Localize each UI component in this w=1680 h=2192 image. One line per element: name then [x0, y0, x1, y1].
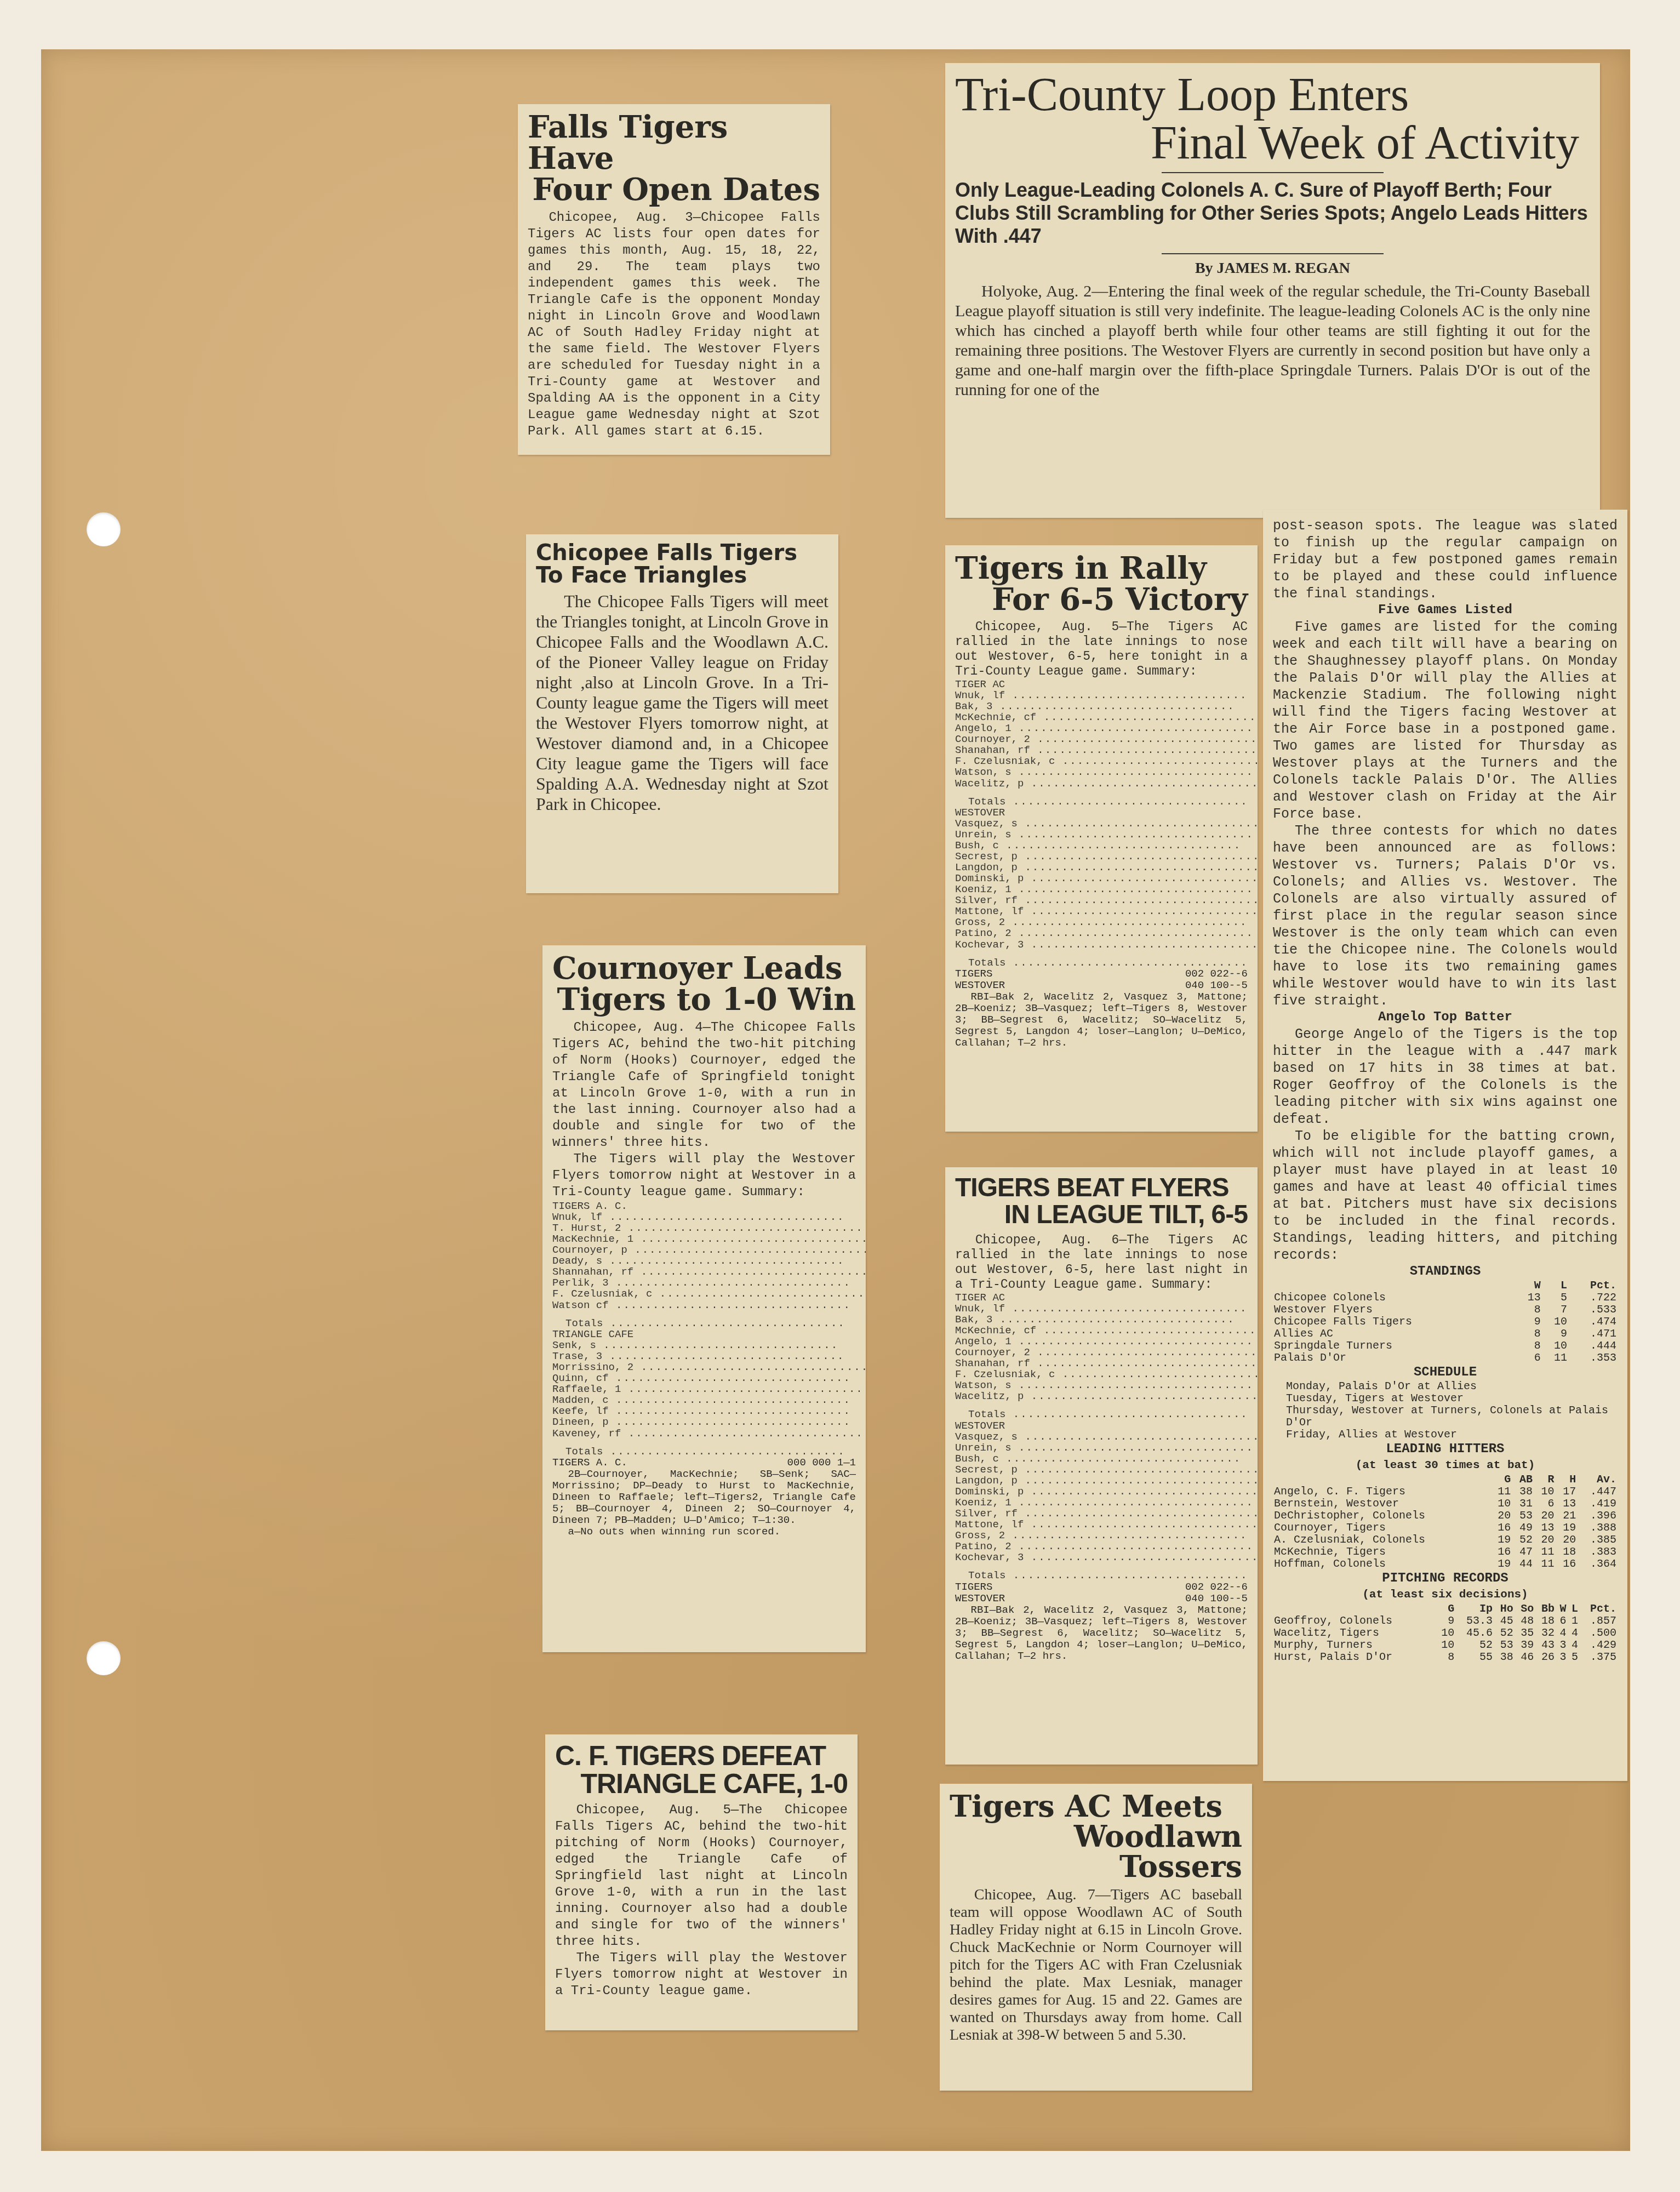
player-row: Wacelitz, Tigers1045.652353244.500	[1273, 1628, 1618, 1640]
player-name: Wnuk, lf	[955, 690, 1258, 701]
article-body: The Chicopee Falls Tigers will meet the …	[536, 591, 828, 814]
pct: .722	[1568, 1292, 1618, 1304]
team-name: TIGERS A. C.	[552, 1201, 866, 1212]
hitters-title: LEADING HITTERS	[1273, 1441, 1618, 1458]
inning-score: 002 022--6	[1185, 968, 1248, 980]
headline: Tigers AC Meets Woodlawn Tossers	[950, 1791, 1242, 1882]
player-row: Angelo, 1201100	[955, 723, 1258, 734]
player-name: Morrissino, 2	[552, 1362, 866, 1373]
stat: 20	[1490, 1510, 1512, 1522]
totals-row: Totals24551883	[955, 950, 1258, 968]
stat: 53.3	[1455, 1616, 1494, 1628]
headline: C. F. TIGERS DEFEAT TRIANGLE CAFE, 1-0	[555, 1742, 848, 1798]
totals-label: Totals	[955, 1402, 1258, 1420]
clipping-four-open-dates: Falls Tigers Have Four Open Dates Chicop…	[518, 104, 830, 455]
player-row: MacKechnie, 13111000	[552, 1234, 866, 1245]
article-body: Chicopee, Aug. 4—The Chicopee Falls Tige…	[552, 1020, 856, 1201]
losses: 10	[1542, 1316, 1568, 1328]
player-row: Kaveney, rf300000	[552, 1428, 866, 1439]
player-row: Cournoyer, Tigers16491319.388	[1273, 1522, 1618, 1534]
stat: 48	[1515, 1616, 1535, 1628]
player-row: Cournoyer, 2201200	[955, 734, 1258, 745]
stat: 18	[1535, 1616, 1556, 1628]
column-header: So	[1515, 1603, 1535, 1616]
player-name: Bernstein, Westover	[1273, 1498, 1490, 1510]
stat: 16	[1490, 1522, 1512, 1534]
pitching-records-table: GIpHoSoBbWLPct.Geoffroy, Colonels953.345…	[1273, 1603, 1618, 1664]
article-body: Chicopee, Aug. 5—The Chicopee Falls Tige…	[555, 1802, 848, 2000]
schedule-title: SCHEDULE	[1273, 1365, 1618, 1381]
losses: 10	[1542, 1340, 1568, 1352]
stat: 53	[1512, 1510, 1534, 1522]
player-name: Bak, 3	[955, 701, 1258, 712]
wins: 13	[1515, 1292, 1541, 1304]
standings-row: Palais D'Or611.353	[1273, 1352, 1618, 1365]
player-name: Raffaele, 1	[552, 1384, 866, 1395]
stat: 35	[1515, 1628, 1535, 1640]
totals-label: Totals	[552, 1439, 866, 1457]
stat: 20	[1534, 1534, 1556, 1546]
player-name: McKechnie, cf	[955, 712, 1258, 723]
stat: 10	[1435, 1640, 1456, 1652]
player-row: F. Czelusniak, c300511	[955, 756, 1258, 767]
column-header: W	[1556, 1603, 1568, 1616]
player-name: Cournoyer, Tigers	[1273, 1522, 1490, 1534]
player-name: Wnuk, lf	[552, 1212, 866, 1223]
player-name: Gross, 2	[955, 917, 1258, 928]
schedule-item: Tuesday, Tigers at Westover	[1273, 1393, 1618, 1405]
headline: Cournoyer Leads Tigers to 1-0 Win	[552, 953, 856, 1015]
inning-score: 040 100--5	[1185, 1593, 1248, 1605]
totals-row: Totals211321102	[552, 1311, 866, 1329]
column-header: Pct.	[1568, 1280, 1618, 1292]
player-row: Keefe, lf200200	[552, 1406, 866, 1417]
player-name: Langdon, p	[955, 862, 1258, 873]
column-header: Ip	[1455, 1603, 1494, 1616]
player-name: Kochevar, 3	[955, 1552, 1258, 1563]
player-row: Mattone, lf311010	[955, 1519, 1258, 1530]
pct: .444	[1568, 1340, 1618, 1352]
binder-hole-top	[87, 512, 121, 546]
team-name: TIGERS	[955, 1582, 992, 1593]
box-score-table: TIGER ACabrhoaeWnuk, lf310100Bak, 321220…	[955, 1292, 1258, 1582]
stat: 10	[1534, 1486, 1556, 1498]
wins: 9	[1515, 1316, 1541, 1328]
player-row: Koeniz, 1311610	[955, 1497, 1258, 1508]
stat: 20	[1534, 1510, 1556, 1522]
box-score-table: TIGERS A. C.abrhoaeWnuk, lf300000T. Hurs…	[552, 1201, 866, 1457]
inning-score: 040 100--5	[1185, 980, 1248, 991]
column-header: G	[1435, 1603, 1456, 1616]
player-name: Geoffroy, Colonels	[1273, 1616, 1435, 1628]
column-header: L	[1568, 1603, 1580, 1616]
team-name: WESTOVER	[955, 807, 1258, 818]
column-header: Bb	[1535, 1603, 1556, 1616]
stat: .375	[1579, 1652, 1618, 1664]
player-name: Secrest, p	[955, 1464, 1258, 1475]
player-row: Secrest, p200021	[955, 851, 1258, 862]
player-name: Gross, 2	[955, 1530, 1258, 1541]
player-row: Bak, 3212202	[955, 1314, 1258, 1325]
stat: 5	[1568, 1652, 1580, 1664]
player-row: Wnuk, lf300000	[552, 1212, 866, 1223]
divider	[1162, 172, 1384, 173]
player-row: McKechnie, cf410200	[955, 1325, 1258, 1336]
stat: 52	[1455, 1640, 1494, 1652]
stat: 11	[1490, 1486, 1512, 1498]
player-row: Shanahan, rf300000	[955, 745, 1258, 756]
player-name: Wacelitz, p	[955, 778, 1258, 789]
player-name: Dineen, p	[552, 1417, 866, 1428]
player-row: Wnuk, lf310100	[955, 1303, 1258, 1314]
team-name: TIGERS	[955, 968, 992, 980]
player-row: Wacelitz, p130000	[955, 778, 1258, 789]
stat: 21	[1556, 1510, 1578, 1522]
player-row: Geoffroy, Colonels953.345481861.857	[1273, 1616, 1618, 1628]
section-title: Angelo Top Batter	[1273, 1009, 1618, 1026]
stat: 4	[1556, 1628, 1568, 1640]
standings-table: WLPct.Chicopee Colonels135.722Westover F…	[1273, 1280, 1618, 1365]
stat: .500	[1579, 1628, 1618, 1640]
stat: 11	[1534, 1559, 1556, 1571]
stat: 16	[1490, 1546, 1512, 1559]
line-score: TIGERS A. C.000 000 1—1	[552, 1457, 856, 1469]
player-name: Silver, rf	[955, 1508, 1258, 1519]
player-name: Kochevar, 3	[955, 939, 1258, 950]
player-row: Hoffman, Colonels19441116.364	[1273, 1559, 1618, 1571]
team-name: WESTOVER	[955, 1420, 1258, 1431]
player-row: Murphy, Turners105253394334.429	[1273, 1640, 1618, 1652]
totals-label: Totals	[955, 1563, 1258, 1582]
standings-header: WLPct.	[1273, 1280, 1618, 1292]
stat: 19	[1490, 1559, 1512, 1571]
article-body: Chicopee, Aug. 6—The Tigers AC rallied i…	[955, 1233, 1248, 1292]
headline: Tri-County Loop Enters Final Week of Act…	[955, 71, 1590, 167]
team-name: WESTOVER	[955, 1593, 1005, 1605]
stat: 38	[1494, 1652, 1515, 1664]
player-name: Quinn, cf	[552, 1373, 866, 1384]
team-name: Palais D'Or	[1273, 1352, 1515, 1365]
line-score: TIGERS002 022--6WESTOVER040 100--5	[955, 968, 1248, 991]
player-name: Vasquez, s	[955, 1431, 1258, 1442]
team-name: TIGERS A. C.	[552, 1457, 627, 1469]
subheadline: Only League-Leading Colonels A. C. Sure …	[955, 179, 1590, 248]
stat: 53	[1494, 1640, 1515, 1652]
team-name: Chicopee Colonels	[1273, 1292, 1515, 1304]
box-score-table: TIGER ACabrhoaeWnuk, lf310100Bak, 321220…	[955, 679, 1258, 968]
column-header: W	[1515, 1280, 1541, 1292]
player-name: Vasquez, s	[955, 818, 1258, 829]
player-name: Kaveney, rf	[552, 1428, 866, 1439]
team-header-row: WESTOVERabrhoae	[955, 807, 1258, 818]
team-name: Westover Flyers	[1273, 1304, 1515, 1316]
player-row: Vasquez, s302121	[955, 1431, 1258, 1442]
player-name: Cournoyer, p	[552, 1245, 866, 1255]
player-name: Silver, rf	[955, 895, 1258, 906]
player-name: Shannahan, rf	[552, 1266, 866, 1277]
player-name: Koeniz, 1	[955, 884, 1258, 895]
player-name: McKechnie, cf	[955, 1325, 1258, 1336]
stat: .857	[1579, 1616, 1618, 1628]
stat: .388	[1577, 1522, 1618, 1534]
player-name: F. Czelusniak, c	[955, 756, 1258, 767]
player-row: Langdon, p100000	[955, 862, 1258, 873]
team-name: TIGER AC	[955, 1292, 1258, 1303]
player-name: Bush, c	[955, 1453, 1258, 1464]
clipping-woodlawn-tossers: Tigers AC Meets Woodlawn Tossers Chicope…	[940, 1784, 1252, 2091]
player-name: Hoffman, Colonels	[1273, 1559, 1490, 1571]
totals-label: Totals	[552, 1311, 866, 1329]
losses: 11	[1542, 1352, 1568, 1365]
standings-row: Westover Flyers87.533	[1273, 1304, 1618, 1316]
stat: 52	[1494, 1628, 1515, 1640]
player-row: Dineen, p301350	[552, 1417, 866, 1428]
column-header: Av.	[1577, 1474, 1618, 1486]
stat: 26	[1535, 1652, 1556, 1664]
player-name: Madden, c	[552, 1395, 866, 1406]
stat: 11	[1534, 1546, 1556, 1559]
headline: Falls Tigers Have Four Open Dates	[528, 112, 820, 206]
clipping-tigers-beat-flyers: TIGERS BEAT FLYERS IN LEAGUE TILT, 6-5 C…	[945, 1167, 1258, 1765]
losses: 7	[1542, 1304, 1568, 1316]
line-score-row: WESTOVER040 100--5	[955, 1593, 1248, 1605]
schedule-item: Thursday, Westover at Turners, Colonels …	[1273, 1405, 1618, 1429]
stat: 43	[1535, 1640, 1556, 1652]
player-name: Koeniz, 1	[955, 1497, 1258, 1508]
stat: 45	[1494, 1616, 1515, 1628]
column-header: L	[1542, 1280, 1568, 1292]
standings-row: Chicopee Colonels135.722	[1273, 1292, 1618, 1304]
player-name: Unrein, s	[955, 829, 1258, 840]
player-name: Bush, c	[955, 840, 1258, 851]
player-row: Quinn, cf300000	[552, 1373, 866, 1384]
losses: 9	[1542, 1328, 1568, 1340]
stat: 16	[1556, 1559, 1578, 1571]
game-notes: RBI—Bak 2, Wacelitz 2, Vasquez 3, Matton…	[955, 1605, 1248, 1662]
stat: 38	[1512, 1486, 1534, 1498]
player-name: F. Czelusniak, c	[955, 1369, 1258, 1380]
player-row: F. Czelusniak, c300511	[955, 1369, 1258, 1380]
player-row: T. Hurst, 2300150	[552, 1223, 866, 1234]
team-name: TIGER AC	[955, 679, 1258, 690]
player-row: Gross, 2201000	[955, 1530, 1258, 1541]
player-row: F. Czelusniak, c200501	[552, 1288, 866, 1299]
team-name: TRIANGLE CAFE	[552, 1329, 866, 1340]
stat: 3	[1556, 1640, 1568, 1652]
stat: 8	[1435, 1652, 1456, 1664]
player-row: Wacelitz, p130000	[955, 1391, 1258, 1402]
team-name: Allies AC	[1273, 1328, 1515, 1340]
player-row: Unrein, s200100	[955, 829, 1258, 840]
leading-hitters-table: GABRHAv.Angelo, C. F. Tigers11381017.447…	[1273, 1474, 1618, 1571]
inning-score: 002 022--6	[1185, 1582, 1248, 1593]
player-name: F. Czelusniak, c	[552, 1288, 866, 1299]
totals-row: Totals22021891	[552, 1439, 866, 1457]
stat: 19	[1556, 1522, 1578, 1534]
inning-score: 000 000 1—1	[787, 1457, 856, 1469]
article-body: Chicopee, Aug. 7—Tigers AC baseball team…	[950, 1886, 1242, 2044]
player-row: Koeniz, 1311610	[955, 884, 1258, 895]
player-row: Trase, 3301000	[552, 1351, 866, 1362]
stat: .396	[1577, 1510, 1618, 1522]
article-continued: post-season spots. The league was slated…	[1273, 517, 1618, 602]
player-row: Wnuk, lf310100	[955, 690, 1258, 701]
clipping-cournoyer-leads: Cournoyer Leads Tigers to 1-0 Win Chicop…	[542, 945, 866, 1652]
totals-row: Totals24551883	[955, 1563, 1258, 1582]
stat: .419	[1577, 1498, 1618, 1510]
team-header-row: TIGERS A. C.abrhoae	[552, 1201, 866, 1212]
stat: 6	[1556, 1616, 1568, 1628]
player-name: A. Czelusniak, Colonels	[1273, 1534, 1490, 1546]
pct: .474	[1568, 1316, 1618, 1328]
player-row: Watson, s300501	[955, 1380, 1258, 1391]
player-name: Patino, 2	[955, 1541, 1258, 1552]
stat: 47	[1512, 1546, 1534, 1559]
footnote: a—No outs when winning run scored.	[552, 1526, 856, 1538]
player-row: Perlik, 3200121	[552, 1277, 866, 1288]
player-row: Secrest, p200021	[955, 1464, 1258, 1475]
player-row: Silver, rf310010	[955, 895, 1258, 906]
player-row: Hurst, Palais D'Or85538462635.375	[1273, 1652, 1618, 1664]
team-header-row: TIGER ACabrhoae	[955, 1292, 1258, 1303]
byline: By JAMES M. REGAN	[955, 260, 1590, 277]
team-name: Springdale Turners	[1273, 1340, 1515, 1352]
player-name: Dominski, p	[955, 873, 1258, 884]
player-row: Deady, s200010	[552, 1255, 866, 1266]
player-name: Bak, 3	[955, 1314, 1258, 1325]
stat: 10	[1435, 1628, 1456, 1640]
player-row: Morrissino, 2200000	[552, 1362, 866, 1373]
stat: 13	[1534, 1522, 1556, 1534]
column-header: Pct.	[1579, 1603, 1618, 1616]
player-row: Angelo, C. F. Tigers11381017.447	[1273, 1486, 1618, 1498]
stat: .364	[1577, 1559, 1618, 1571]
player-name: Mattone, lf	[955, 906, 1258, 917]
standings-row: Chicopee Falls Tigers910.474	[1273, 1316, 1618, 1328]
player-row: Dominski, p000000	[955, 1486, 1258, 1497]
player-row: Kochevar, 3200001	[955, 1552, 1258, 1563]
stat: .429	[1579, 1640, 1618, 1652]
game-notes: RBI—Bak 2, Wacelitz 2, Vasquez 3, Matton…	[955, 991, 1248, 1049]
player-row: Bush, c2001010	[955, 840, 1258, 851]
player-name: Shanahan, rf	[955, 1358, 1258, 1369]
stat: 4	[1568, 1628, 1580, 1640]
team-header-row: TRIANGLE CAFEabrhoae	[552, 1329, 866, 1340]
box-score: TIGERS A. C.abrhoaeWnuk, lf300000T. Hurs…	[552, 1201, 856, 1538]
column-header: AB	[1512, 1474, 1534, 1486]
clipping-face-triangles: Chicopee Falls Tigers To Face Triangles …	[526, 534, 838, 893]
stat: 45.6	[1455, 1628, 1494, 1640]
player-name: Deady, s	[552, 1255, 866, 1266]
player-name: Trase, 3	[552, 1351, 866, 1362]
stats-header: GIpHoSoBbWLPct.	[1273, 1603, 1618, 1616]
player-name: Secrest, p	[955, 851, 1258, 862]
player-row: Shannahan, rf100000	[552, 1266, 866, 1277]
player-name: Wacelitz, Tigers	[1273, 1628, 1435, 1640]
team-name: Chicopee Falls Tigers	[1273, 1316, 1515, 1328]
player-name: Angelo, 1	[955, 723, 1258, 734]
player-name: Angelo, 1	[955, 1336, 1258, 1347]
totals-label: Totals	[955, 950, 1258, 968]
stat: .383	[1577, 1546, 1618, 1559]
column-header: H	[1556, 1474, 1578, 1486]
player-name: T. Hurst, 2	[552, 1223, 866, 1234]
player-name: Perlik, 3	[552, 1277, 866, 1288]
player-row: Kochevar, 3200001	[955, 939, 1258, 950]
stat: .385	[1577, 1534, 1618, 1546]
binder-hole-bottom	[87, 1641, 121, 1675]
standings-row: Allies AC89.471	[1273, 1328, 1618, 1340]
team-header-row: TIGER ACabrhoae	[955, 679, 1258, 690]
stat: 55	[1455, 1652, 1494, 1664]
wins: 8	[1515, 1304, 1541, 1316]
article-body: Chicopee, Aug. 3—Chicopee Falls Tigers A…	[528, 210, 820, 440]
stat: 10	[1490, 1498, 1512, 1510]
schedule-list: Monday, Palais D'Or at AlliesTuesday, Ti…	[1273, 1381, 1618, 1441]
pct: .353	[1568, 1352, 1618, 1365]
clipping-tri-county-continued: post-season spots. The league was slated…	[1263, 510, 1627, 1781]
player-row: Madden, c300711	[552, 1395, 866, 1406]
player-name: Watson, s	[955, 767, 1258, 778]
player-row: Bak, 3212202	[955, 701, 1258, 712]
stat: 46	[1515, 1652, 1535, 1664]
line-score: TIGERS002 022--6WESTOVER040 100--5	[955, 1582, 1248, 1605]
stat: .447	[1577, 1486, 1618, 1498]
stat: 6	[1534, 1498, 1556, 1510]
wins: 6	[1515, 1352, 1541, 1365]
stat: 31	[1512, 1498, 1534, 1510]
divider	[1162, 253, 1384, 254]
player-row: Bush, c2001010	[955, 1453, 1258, 1464]
player-row: Patino, 2100000	[955, 1541, 1258, 1552]
standings-title: STANDINGS	[1273, 1264, 1618, 1280]
player-name: Hurst, Palais D'Or	[1273, 1652, 1435, 1664]
game-notes: 2B—Cournoyer, MacKechnie; SB—Senk; SAC—M…	[552, 1469, 856, 1526]
player-row: Watson, s300501	[955, 767, 1258, 778]
player-name: Shanahan, rf	[955, 745, 1258, 756]
stat: 4	[1568, 1640, 1580, 1652]
totals-label: Totals	[955, 789, 1258, 807]
pitchers-title: PITCHING RECORDS	[1273, 1571, 1618, 1587]
wins: 8	[1515, 1328, 1541, 1340]
team-name: WESTOVER	[955, 980, 1005, 991]
stat: 39	[1515, 1640, 1535, 1652]
stat: 1	[1568, 1616, 1580, 1628]
player-name: Wacelitz, p	[955, 1391, 1258, 1402]
team-header-row: WESTOVERabrhoae	[955, 1420, 1258, 1431]
line-score-row: TIGERS002 022--6	[955, 1582, 1248, 1593]
player-row: McKechnie, Tigers16471118.383	[1273, 1546, 1618, 1559]
player-row: Senk, s100010	[552, 1340, 866, 1351]
stat: 18	[1556, 1546, 1578, 1559]
player-row: A. Czelusniak, Colonels19522020.385	[1273, 1534, 1618, 1546]
headline: Tigers in Rally For 6-5 Victory	[955, 553, 1248, 615]
player-name: Mattone, lf	[955, 1519, 1258, 1530]
player-row: DeChristopher, Colonels20532021.396	[1273, 1510, 1618, 1522]
player-name: Wnuk, lf	[955, 1303, 1258, 1314]
stat: 49	[1512, 1522, 1534, 1534]
stat: 17	[1556, 1486, 1578, 1498]
player-name: Dominski, p	[955, 1486, 1258, 1497]
player-row: McKechnie, cf410200	[955, 712, 1258, 723]
blank	[1273, 1280, 1515, 1292]
wins: 8	[1515, 1340, 1541, 1352]
player-row: Silver, rf310010	[955, 1508, 1258, 1519]
player-name: Cournoyer, 2	[955, 734, 1258, 745]
totals-row: Totals23641814	[955, 789, 1258, 807]
player-row: Shanahan, rf300000	[955, 1358, 1258, 1369]
clipping-tri-county-loop: Tri-County Loop Enters Final Week of Act…	[945, 63, 1600, 518]
